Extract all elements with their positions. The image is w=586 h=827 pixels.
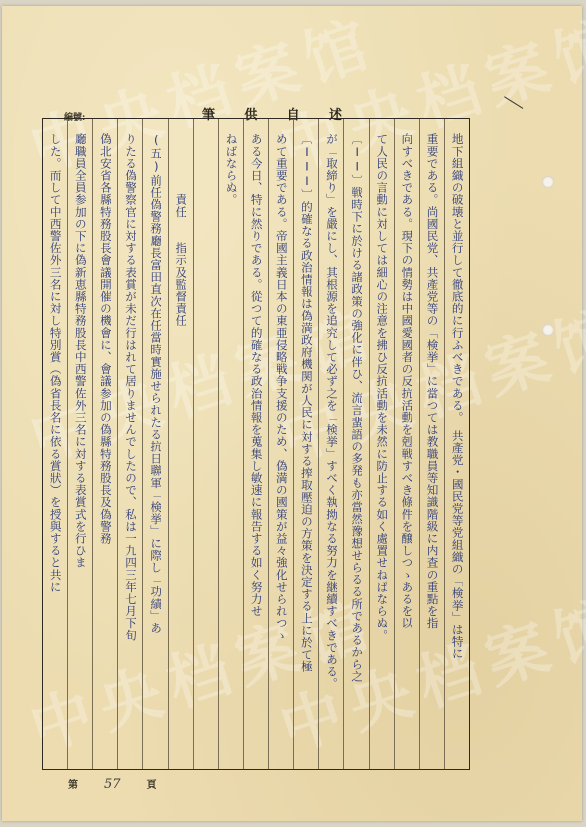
column-text: 〔III〕的確なる政治情報は偽満政府機関が人民に対する搾取壓迫の方策を決定する上…: [300, 119, 312, 765]
manuscript-column: が「取締り」を嚴にし、其根源を追究して必ず之を「検挙」すべく執拗なる努力を継續す…: [318, 119, 343, 769]
column-text: ある今日、特に然りである。從つて的確なる政治情報を蒐集し敏速に報告する如く努力せ: [250, 119, 262, 765]
column-text: 地下組織の破壊と並行して徹底的に行ふべきである。 共產党・國民党等党組織の「検挙…: [451, 119, 463, 765]
manuscript-column: した。而して中西警佐外三名に対し特別賞（偽省長名に依る賞狀）を授與すると共に: [43, 119, 67, 769]
manuscript-column: 重要である。尚國民党、共產党等の「検挙」に當つては教職員等知識階級に内査の重點を…: [419, 119, 444, 769]
column-text: が「取締り」を嚴にし、其根源を追究して必ず之を「検挙」すべく執拗なる努力を継續す…: [326, 119, 338, 765]
manuscript-column: りたる偽警察官に対する表賞が未だ行はれて居りませんでしたので、私は一九四三年七月…: [117, 119, 142, 769]
manuscript-column: て人民の言動に対しては細心の注意を拂ひ反抗活動を未然に防止する如く處置せねばなら…: [369, 119, 394, 769]
column-text: て人民の言動に対しては細心の注意を拂ひ反抗活動を未然に防止する如く處置せねばなら…: [376, 119, 388, 765]
column-text: 重要である。尚國民党、共產党等の「検挙」に當つては教職員等知識階級に内査の重點を…: [426, 119, 438, 765]
manuscript-grid: 地下組織の破壊と並行して徹底的に行ふべきである。 共產党・國民党等党組織の「検挙…: [42, 118, 470, 770]
column-text: 責任 指示及監督責任: [175, 119, 187, 765]
page-suffix: 頁: [147, 776, 157, 791]
column-text: ねばならぬ。: [225, 119, 237, 765]
column-text: 廳職員全員参加の下に偽新恵縣特務股長中西警佐外三名に対する表賞式を行ひま: [74, 119, 86, 765]
manuscript-column: ある今日、特に然りである。從つて的確なる政治情報を蒐集し敏速に報告する如く努力せ: [243, 119, 268, 769]
page-number: 57: [104, 777, 121, 792]
manuscript-column: 廳職員全員参加の下に偽新恵縣特務股長中西警佐外三名に対する表賞式を行ひま: [67, 119, 92, 769]
page-prefix: 第: [68, 776, 78, 791]
column-text: 偽北安省各縣特務股長會議開催の機會に、會議参加の偽縣特務股長及偽警務: [99, 119, 111, 765]
column-text: りたる偽警察官に対する表賞が未だ行はれて居りませんでしたので、私は一九四三年七月…: [125, 119, 137, 765]
corner-mark: [497, 96, 524, 120]
manuscript-column: めて重要である。帝國主義日本の東亜侵略戦争支援のため、偽満の國策が益々強化せられ…: [268, 119, 293, 769]
column-text: した。而して中西警佐外三名に対し特別賞（偽省長名に依る賞狀）を授與すると共に: [49, 119, 61, 765]
page-footer: 第 57 頁: [68, 776, 157, 792]
manuscript-column: 向すべきである。現下の情勢は中國愛國者の反抗活動を剋戦すべき條件を醸しつゝあるを…: [394, 119, 419, 769]
document-sheet: 中央档案馆 中央档案馆 中央档案馆 中央档案馆 中央档案馆 中央档案馆 編號: …: [2, 6, 582, 821]
manuscript-column: 偽北安省各縣特務股長會議開催の機會に、會議参加の偽縣特務股長及偽警務: [92, 119, 117, 769]
manuscript-column: ねばならぬ。: [218, 119, 243, 769]
manuscript-column: 地下組織の破壊と並行して徹底的に行ふべきである。 共產党・國民党等党組織の「検挙…: [444, 119, 469, 769]
punch-hole: [542, 176, 554, 188]
column-text: 向すべきである。現下の情勢は中國愛國者の反抗活動を剋戦すべき條件を醸しつゝあるを…: [401, 119, 413, 765]
manuscript-column: (五)前任偽警務廳長富田直次在任當時實施せられたる抗日聯軍「検挙」に際し「功績」…: [142, 119, 167, 769]
manuscript-column: [193, 119, 218, 769]
manuscript-column: 責任 指示及監督責任: [168, 119, 193, 769]
manuscript-column: 〔II〕戦時下に於ける諸政策の強化に伴ひ、流言蜚語の多発も亦當然豫想せらるる所で…: [343, 119, 368, 769]
column-text: 〔II〕戦時下に於ける諸政策の強化に伴ひ、流言蜚語の多発も亦當然豫想せらるる所で…: [351, 119, 363, 765]
column-text: めて重要である。帝國主義日本の東亜侵略戦争支援のため、偽満の國策が益々強化せられ…: [275, 119, 287, 765]
column-text: (五)前任偽警務廳長富田直次在任當時實施せられたる抗日聯軍「検挙」に際し「功績」…: [150, 119, 162, 765]
manuscript-column: 〔III〕的確なる政治情報は偽満政府機関が人民に対する搾取壓迫の方策を決定する上…: [293, 119, 318, 769]
punch-hole: [542, 324, 554, 336]
